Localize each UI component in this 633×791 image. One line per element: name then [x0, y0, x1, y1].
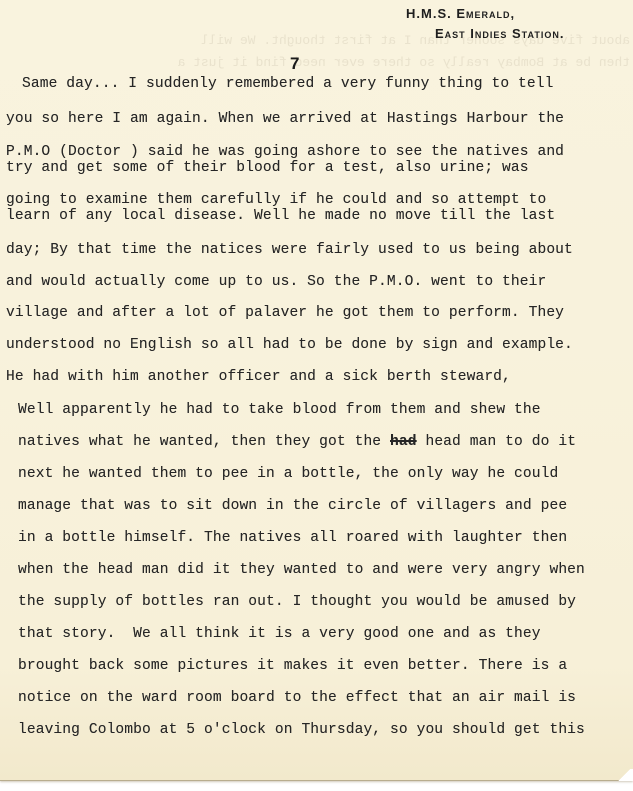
line-text: going to examine them carefully if he co…: [6, 192, 546, 208]
text-line: try and get some of their blood for a te…: [6, 160, 529, 176]
line-text: try and get some of their blood for a te…: [6, 160, 529, 176]
text-line: manage that was to sit down in the circl…: [18, 498, 567, 514]
text-line: you so here I am again. When we arrived …: [6, 111, 564, 127]
text-line: P.M.O (Doctor ) said he was going ashore…: [6, 144, 564, 160]
line-text: you so here I am again. When we arrived …: [6, 111, 564, 127]
line-text: He had with him another officer and a si…: [6, 369, 511, 385]
line-text: P.M.O (Doctor ) said he was going ashore…: [6, 144, 564, 160]
text-line: in a bottle himself. The natives all roa…: [18, 530, 567, 546]
line-text: notice on the ward room board to the eff…: [18, 690, 576, 706]
text-line: that story. We all think it is a very go…: [18, 626, 541, 642]
text-line: day; By that time the natices were fairl…: [6, 242, 573, 258]
line-text: manage that was to sit down in the circl…: [18, 498, 567, 514]
line-text: Well apparently he had to take blood fro…: [18, 402, 541, 418]
text-line: and would actually come up to us. So the…: [6, 274, 546, 290]
bleed-line: then be at Bombay really so there ever n…: [30, 52, 630, 74]
line-text: understood no English so all had to be d…: [6, 337, 573, 353]
text-line: understood no English so all had to be d…: [6, 337, 573, 353]
line-text: leaving Colombo at 5 o'clock on Thursday…: [18, 722, 585, 738]
letter-page: about five days sooner than I at first t…: [0, 0, 633, 781]
text-line: village and after a lot of palaver he go…: [6, 305, 564, 321]
line-text-after: head man to do it: [417, 434, 576, 450]
text-line: when the head man did it they wanted to …: [18, 562, 585, 578]
text-line: Well apparently he had to take blood fro…: [18, 402, 541, 418]
text-line: next he wanted them to pee in a bottle, …: [18, 466, 558, 482]
text-line: notice on the ward room board to the eff…: [18, 690, 576, 706]
line-text: brought back some pictures it makes it e…: [18, 658, 567, 674]
text-line: learn of any local disease. Well he made…: [6, 208, 555, 224]
page-number: 7: [290, 54, 299, 74]
text-line: natives what he wanted, then they got th…: [18, 434, 576, 450]
line-text: learn of any local disease. Well he made…: [6, 208, 555, 224]
line-text: when the head man did it they wanted to …: [18, 562, 585, 578]
line-text: in a bottle himself. The natives all roa…: [18, 530, 567, 546]
letterhead-ship: H.M.S. Emerald,: [406, 6, 515, 21]
line-text: natives what he wanted, then they got th…: [18, 434, 390, 450]
line-text: village and after a lot of palaver he go…: [6, 305, 564, 321]
line-text: day; By that time the natices were fairl…: [6, 242, 573, 258]
text-line: He had with him another officer and a si…: [6, 369, 511, 385]
line-text: Same day... I suddenly remembered a very…: [22, 76, 553, 92]
line-text: that story. We all think it is a very go…: [18, 626, 541, 642]
line-text: and would actually come up to us. So the…: [6, 274, 546, 290]
text-line: leaving Colombo at 5 o'clock on Thursday…: [18, 722, 585, 738]
text-line: the supply of bottles ran out. I thought…: [18, 594, 576, 610]
text-line: Same day... I suddenly remembered a very…: [22, 76, 553, 92]
text-line: brought back some pictures it makes it e…: [18, 658, 567, 674]
line-text: the supply of bottles ran out. I thought…: [18, 594, 576, 610]
letterhead-station: East Indies Station.: [435, 26, 564, 41]
struck-out-word: had: [390, 434, 417, 450]
text-line: going to examine them carefully if he co…: [6, 192, 546, 208]
line-text: next he wanted them to pee in a bottle, …: [18, 466, 558, 482]
